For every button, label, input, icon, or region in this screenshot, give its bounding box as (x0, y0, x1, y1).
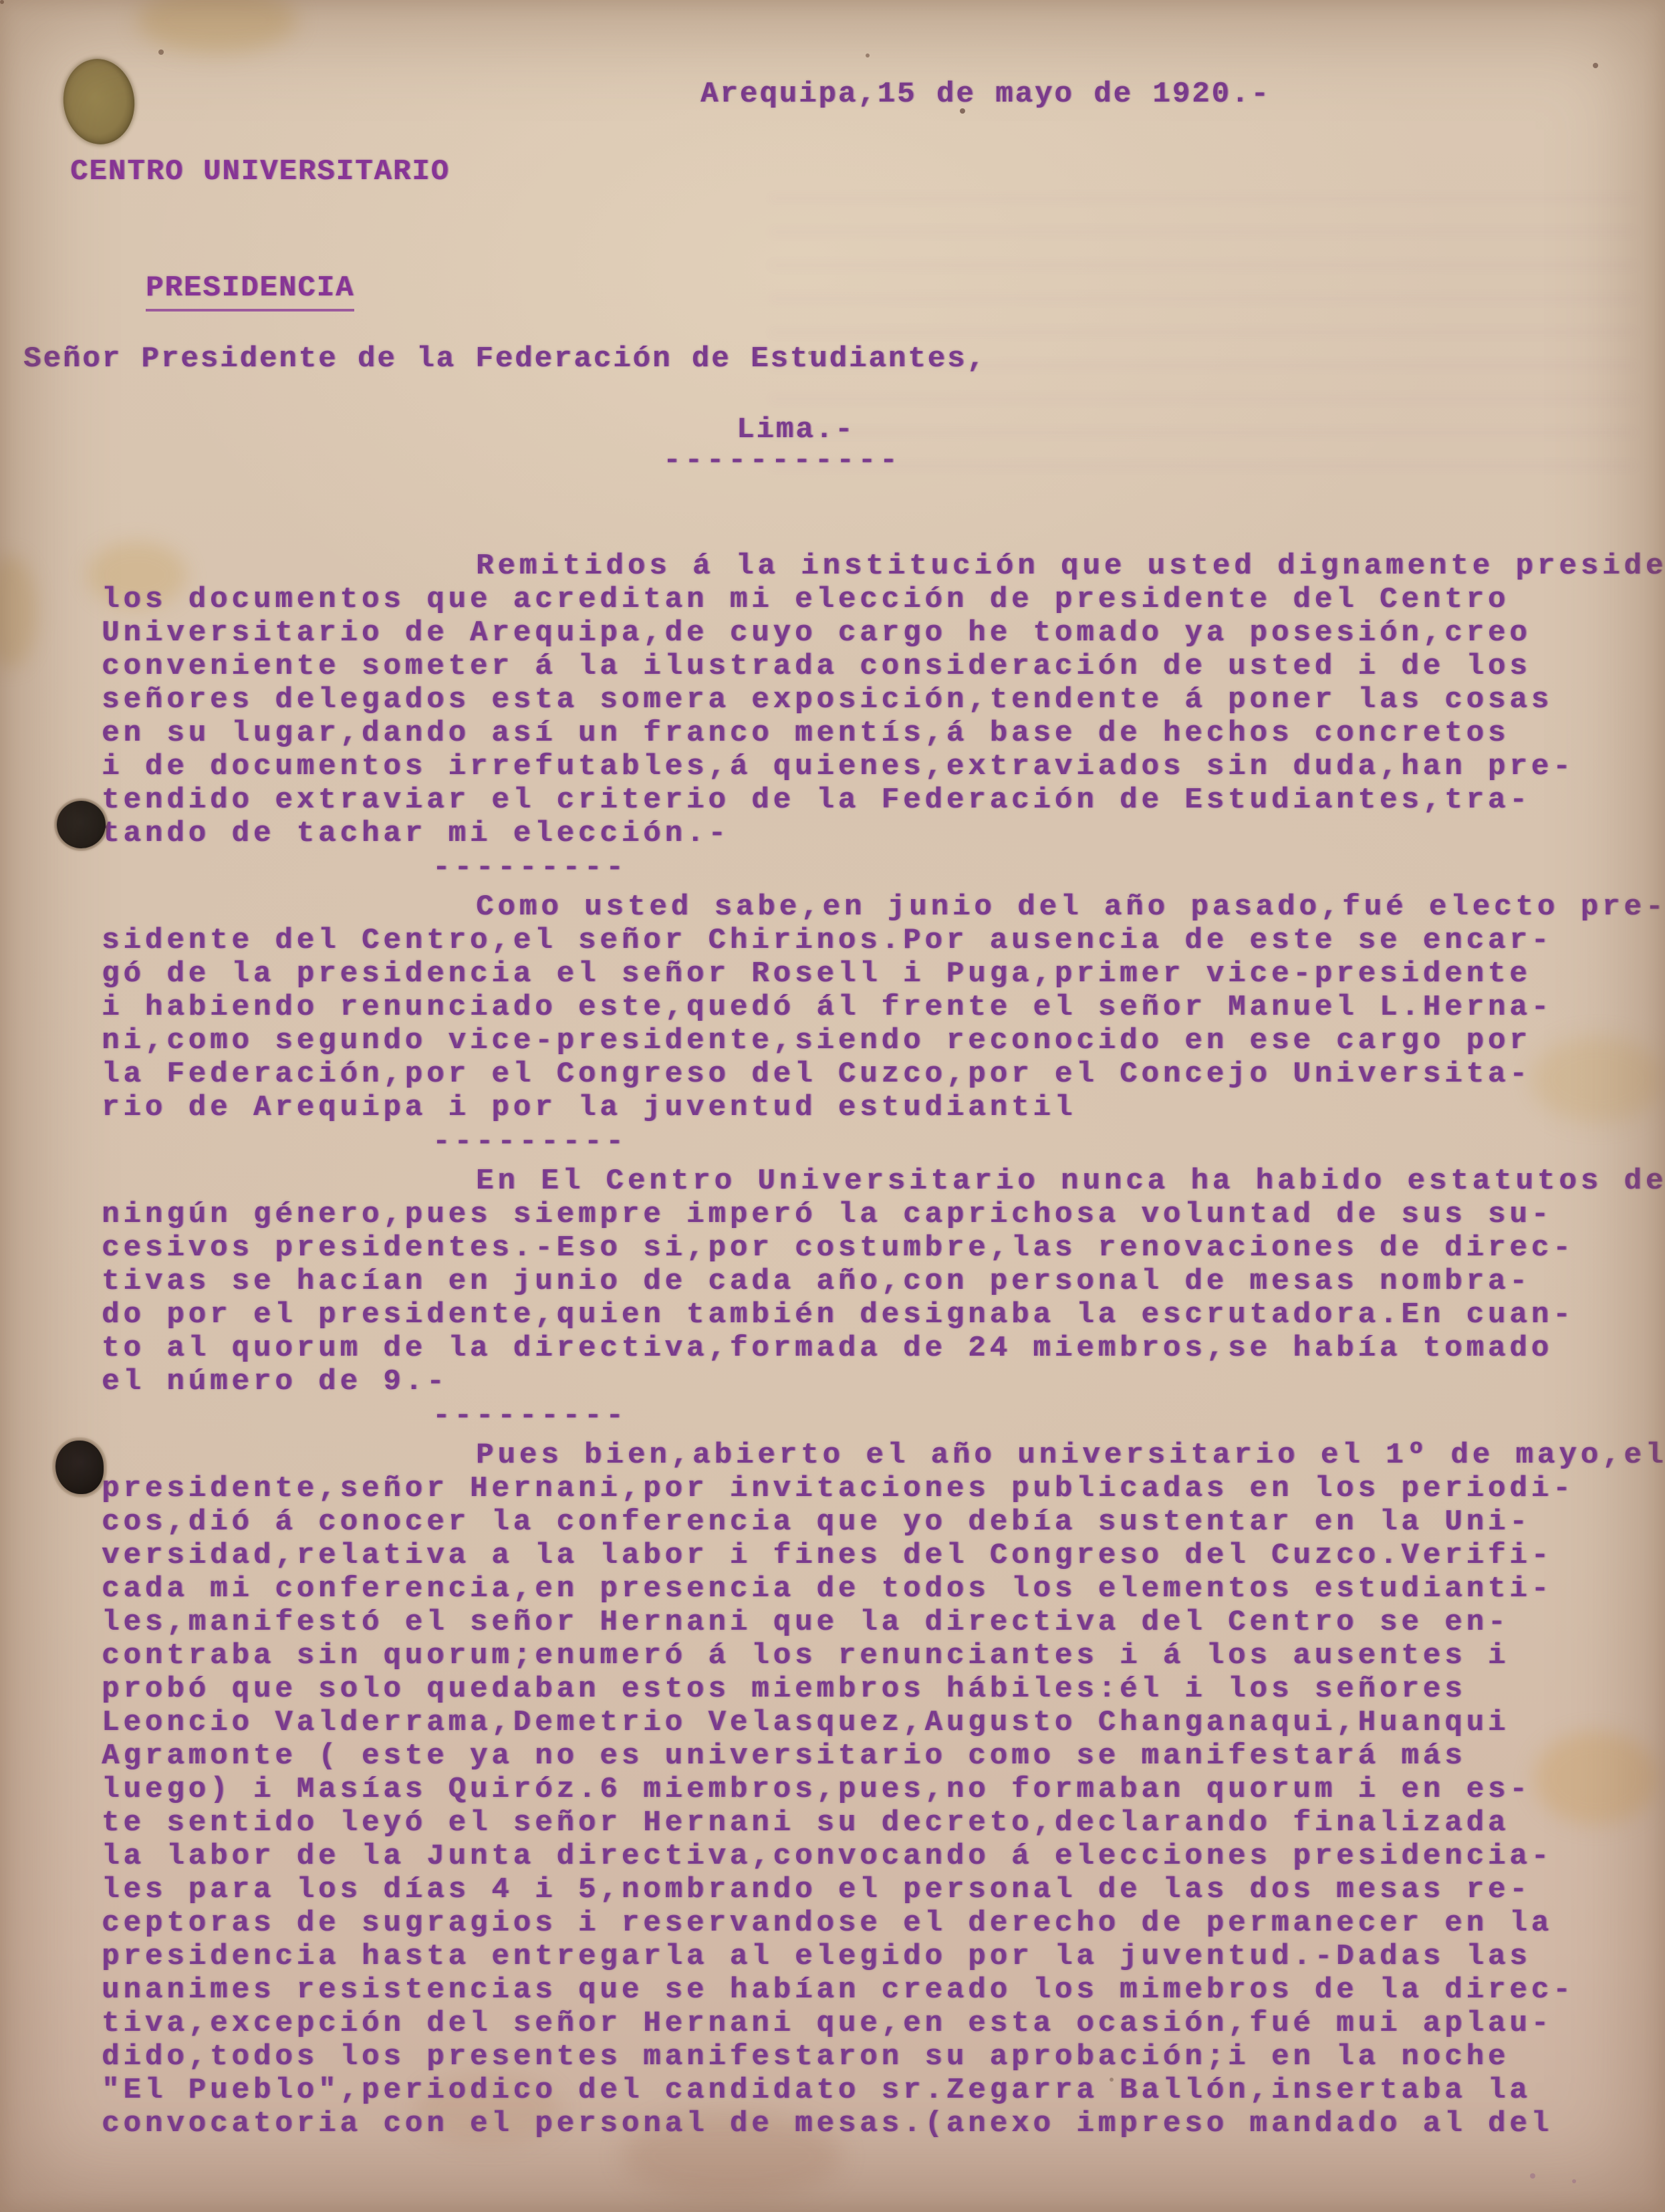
typewritten-line: los documentos que acreditan mi elección… (102, 583, 1612, 616)
typewritten-line: conveniente someter á la ilustrada consi… (102, 650, 1612, 683)
recipient-line: Señor Presidente de la Federación de Est… (23, 342, 987, 376)
typewritten-line: el número de 9.- (102, 1365, 1612, 1398)
typewritten-line: en su lugar,dando así un franco mentís,á… (102, 717, 1612, 750)
typewritten-line: ni,como segundo vice-presidente,siendo r… (102, 1024, 1612, 1058)
typewritten-line: "El Pueblo",periodico del candidato sr.Z… (102, 2074, 1612, 2107)
typewritten-line: gó de la presidencia el señor Rosell i P… (102, 957, 1612, 991)
typewritten-line: do por el presidente,quien también desig… (102, 1298, 1612, 1332)
typewritten-line: señores delegados esta somera exposición… (102, 683, 1612, 717)
typewritten-line: dido,todos los presentes manifestaron su… (102, 2040, 1612, 2074)
typewritten-line: sidente del Centro,el señor Chirinos.Por… (102, 924, 1612, 957)
section-separator: --------- (432, 1402, 1612, 1429)
paper-specks (0, 0, 4, 4)
letterhead-organization: CENTRO UNIVERSITARIO (70, 152, 450, 191)
hole-punch-icon (55, 1441, 104, 1494)
typewritten-line: En El Centro Universitario nunca ha habi… (102, 1164, 1612, 1198)
typewritten-line: Como usted sabe,en junio del año pasado,… (102, 890, 1612, 924)
typewritten-line: tivas se hacían en junio de cada año,con… (102, 1265, 1612, 1298)
typewritten-line: ceptoras de sugragios i reservandose el … (102, 1907, 1612, 1940)
section-separator: --------- (432, 1128, 1612, 1155)
typewritten-line: versidad,relativa a la labor i fines del… (102, 1539, 1612, 1572)
typewritten-line: les,manifestó el señor Hernani que la di… (102, 1606, 1612, 1639)
typewritten-line: unanimes resistencias que se habían crea… (102, 1973, 1612, 2007)
typewritten-line: Pues bien,abierto el año universitario e… (102, 1439, 1612, 1472)
typewritten-line: ningún género,pues siempre imperó la cap… (102, 1198, 1612, 1231)
typewritten-line: tendido extraviar el criterio de la Fede… (102, 783, 1612, 817)
hole-punch-icon (57, 801, 106, 848)
typewritten-line: les para los días 4 i 5,nombrando el per… (102, 1873, 1612, 1907)
typewritten-line: presidente,señor Hernani,por invitacione… (102, 1472, 1612, 1505)
typewritten-line: i habiendo renunciado este,quedó ál fren… (102, 991, 1612, 1024)
scanned-letter-page: { "page": {"width": 2491, "height": 3309… (0, 0, 1665, 2212)
paragraph: Como usted sabe,en junio del año pasado,… (102, 890, 1612, 1124)
typewritten-line: la Federación,por el Congreso del Cuzco,… (102, 1058, 1612, 1091)
typewritten-line: Universitario de Arequipa,de cuyo cargo … (102, 616, 1612, 650)
typewritten-line: cesivos presidentes.-Eso si,por costumbr… (102, 1231, 1612, 1265)
typewritten-line: Remitidos á la institución que usted dig… (102, 549, 1612, 583)
typewritten-line: contraba sin quorum;enumeró á los renunc… (102, 1639, 1612, 1673)
recipient-underline-dashes: ----------- (663, 444, 901, 477)
typewritten-line: te sentido leyó el señor Hernani su decr… (102, 1806, 1612, 1840)
typewritten-line: tando de tachar mi elección.- (102, 817, 1612, 850)
typewritten-line: i de documentos irrefutables,á quienes,e… (102, 750, 1612, 783)
typewritten-line: tiva,excepción del señor Hernani que,en … (102, 2007, 1612, 2040)
paragraph: Pues bien,abierto el año universitario e… (102, 1439, 1612, 2140)
paragraph: Remitidos á la institución que usted dig… (102, 549, 1612, 850)
section-separator: --------- (432, 854, 1612, 881)
typewritten-line: rio de Arequipa i por la juventud estudi… (102, 1091, 1612, 1124)
letterhead-office: PRESIDENCIA (146, 269, 354, 312)
typewritten-line: cos,dió á conocer la conferencia que yo … (102, 1505, 1612, 1539)
typewritten-line: cada mi conferencia,en presencia de todo… (102, 1572, 1612, 1606)
typewritten-line: probó que solo quedaban estos miembros h… (102, 1673, 1612, 1706)
letter-body: Remitidos á la institución que usted dig… (102, 549, 1612, 2140)
typewritten-line: Agramonte ( este ya no es universitario … (102, 1739, 1612, 1773)
recipient-city: Lima.- (737, 413, 854, 447)
typewritten-line: luego) i Masías Quiróz.6 miembros,pues,n… (102, 1773, 1612, 1806)
typewritten-line: la labor de la Junta directiva,convocand… (102, 1840, 1612, 1873)
typewritten-line: presidencia hasta entregarla al elegido … (102, 1940, 1612, 1973)
paragraph: En El Centro Universitario nunca ha habi… (102, 1164, 1612, 1398)
typewritten-line: Leoncio Valderrama,Demetrio Velasquez,Au… (102, 1706, 1612, 1739)
typewritten-line: convocatoria con el personal de mesas.(a… (102, 2107, 1612, 2140)
dateline: Arequipa,15 de mayo de 1920.- (700, 78, 1271, 111)
typewritten-line: to al quorum de la directiva,formada de … (102, 1332, 1612, 1365)
